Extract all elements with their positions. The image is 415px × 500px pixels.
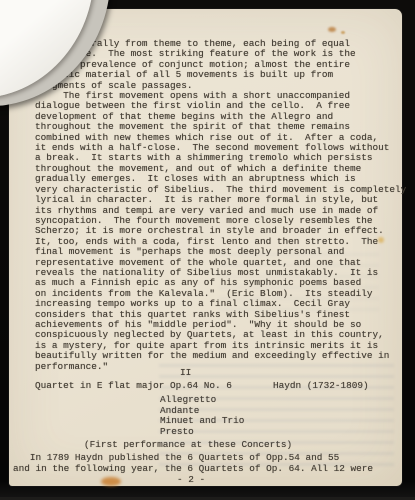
premiere-note: (First performance at these Concerts) (84, 440, 292, 450)
text-line: performance." (35, 362, 406, 372)
program-notes-text: grows naturally from theme to theme, eac… (35, 39, 406, 372)
work-heading: Quartet in E flat major Op.64 No. 6 Hayd… (35, 381, 399, 392)
text-line: final movement is "perhaps the most deep… (35, 247, 406, 257)
text-line: and in the following year, the 6 Quartet… (13, 464, 373, 475)
movement-item: Allegretto (160, 395, 244, 406)
page-number: - 2 - (177, 475, 205, 485)
haydn-intro-text: In 1789 Haydn published the 6 Quartets o… (13, 453, 373, 475)
movement-list: AllegrettoAndanteMinuet and TrioPresto (160, 395, 244, 437)
text-line: lyrical in character. It is rather more … (35, 195, 406, 205)
movement-item: Presto (160, 427, 244, 438)
program-page: grows naturally from theme to theme, eac… (9, 9, 402, 486)
section-numeral: II (180, 368, 191, 378)
text-line: increasing tempo works up to a final cli… (35, 299, 406, 309)
work-title: Quartet in E flat major Op.64 No. 6 (35, 381, 232, 391)
composer-name: Haydn (1732-1809) (273, 381, 369, 391)
